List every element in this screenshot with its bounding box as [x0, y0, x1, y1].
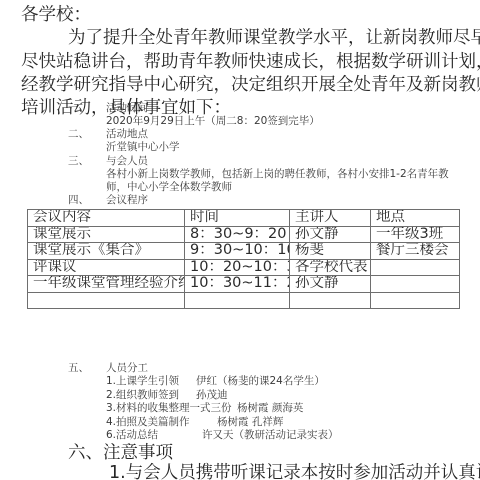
section-1-content: 2020年9月29日上午（周二8：20签到完毕） — [106, 115, 320, 128]
cell-content: 课堂展示《集合》 — [28, 243, 185, 260]
salutation: 各学校： — [21, 4, 91, 26]
table-row: 一年级课堂管理经验介绍 10：30~11：20 孙文静 — [28, 276, 460, 293]
cell-speaker: 杨斐 — [290, 243, 371, 260]
cell-location: 一年级3班 — [371, 226, 460, 243]
cell-content: 评课议 — [28, 259, 185, 276]
staff-task-5: 6.活动总结 — [106, 429, 158, 442]
section-3-content-line-1: 各村小新上岗数学教师，包括新上岗的聘任教师，各村小安排1-2名青年教 — [106, 168, 449, 181]
notes-item-1: 1.与会人员携带听课记录本按时参加活动并认真记 — [109, 462, 480, 480]
cell-content: 一年级课堂管理经验介绍 — [28, 276, 185, 293]
staff-person-1: 伊红（杨斐的课24名学生） — [196, 375, 325, 388]
section-5-title: 人员分工 — [106, 362, 148, 375]
cell-time — [185, 292, 290, 309]
staff-task-4: 4.拍照及美篇制作 — [106, 416, 190, 429]
cell-speaker: 孙文静 — [290, 226, 371, 243]
staff-task-2: 2.组织教师签到 — [106, 389, 179, 402]
header-time: 时间 — [185, 210, 290, 227]
table-row: 课堂展示 8：30~9：20 孙文静 一年级3班 — [28, 226, 460, 243]
staff-person-3: 杨树霞 颜海英 — [237, 402, 303, 415]
header-speaker: 主讲人 — [290, 210, 371, 227]
table-row-empty — [28, 292, 460, 309]
intro-line-2: 尽快站稳讲台，帮助青年教师快速成长，根据数学研训计划， — [21, 51, 480, 73]
table-row: 评课议 10：20~10：30 各学校代表 — [28, 259, 460, 276]
table-row: 课堂展示《集合》 9：30~10：10 杨斐 餐厅三楼会 — [28, 243, 460, 260]
section-4-title: 会议程序 — [106, 194, 148, 207]
section-2-title: 活动地点 — [106, 128, 148, 141]
cell-speaker: 各学校代表 — [290, 259, 371, 276]
program-table: 会议内容 时间 主讲人 地点 课堂展示 8：30~9：20 孙文静 一年级3班 … — [27, 209, 460, 309]
table-header-row: 会议内容 时间 主讲人 地点 — [28, 210, 460, 227]
cell-speaker — [290, 292, 371, 309]
cell-speaker: 孙文静 — [290, 276, 371, 293]
header-content: 会议内容 — [28, 210, 185, 227]
header-location: 地点 — [371, 210, 460, 227]
cell-location — [371, 276, 460, 293]
staff-person-4: 杨树霞 孔祥辉 — [217, 416, 283, 429]
section-1-number: 一、 — [68, 102, 89, 115]
staff-task-1: 1.上课学生引领 — [106, 375, 179, 388]
section-4-number: 四、 — [68, 194, 89, 207]
notes-heading: 六、注意事项 — [68, 442, 173, 464]
section-3-content-line-2: 师，中心小学全体数学教师 — [106, 181, 232, 194]
intro-line-1: 为了提升全处青年教师课堂教学水平，让新岗教师尽早 — [68, 27, 480, 49]
staff-person-2: 孙茂迪 — [196, 389, 228, 402]
cell-location — [371, 259, 460, 276]
section-2-number: 二、 — [68, 128, 89, 141]
staff-task-3: 3.材料的收集整理一式三份 — [106, 402, 232, 415]
cell-time: 10：30~11：20 — [185, 276, 290, 293]
intro-line-3: 经教学研究指导中心研究，决定组织开展全处青年及新岗教师 — [21, 74, 480, 96]
section-3-title: 与会人员 — [106, 155, 148, 168]
staff-person-5: 许又天（教研活动记录实表） — [202, 429, 339, 442]
cell-time: 9：30~10：10 — [185, 243, 290, 260]
section-1-title: 活动时间 — [106, 102, 148, 115]
cell-content — [28, 292, 185, 309]
section-2-content: 沂堂镇中心小学 — [106, 141, 180, 154]
cell-time: 8：30~9：20 — [185, 226, 290, 243]
section-3-number: 三、 — [68, 155, 89, 168]
cell-location: 餐厅三楼会 — [371, 243, 460, 260]
cell-time: 10：20~10：30 — [185, 259, 290, 276]
section-5-number: 五、 — [68, 362, 89, 375]
cell-location — [371, 292, 460, 309]
cell-content: 课堂展示 — [28, 226, 185, 243]
